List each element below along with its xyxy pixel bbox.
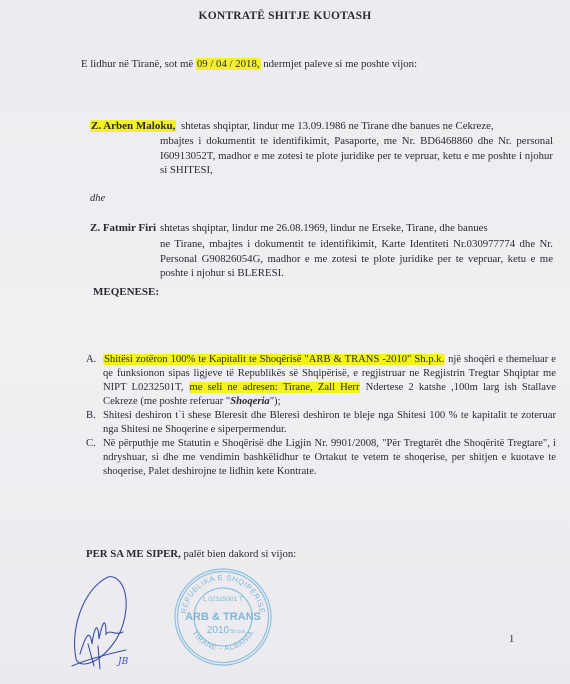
company-alias: Shoqeria <box>230 396 269 407</box>
intro-text-end: ndermjet paleve si me poshte vijon: <box>261 58 418 70</box>
buyer-first-line: shtetas shqiptar, lindur me 26.08.1969, … <box>160 222 553 234</box>
svg-text:L 02325001 T: L 02325001 T <box>203 596 243 603</box>
svg-text:JB: JB <box>116 657 129 667</box>
clause-a-text-3: "); <box>270 396 281 407</box>
seller-name-text: Z. Arben Maloku, <box>90 120 176 132</box>
clause-marker: B. <box>86 409 103 437</box>
company-stamp-icon: REPUBLIKA E SHQIPERISE TIRANE - ALBANIA … <box>172 565 274 669</box>
clause-list: A. Shitësi zotëron 100% te Kapitalit te … <box>86 353 556 479</box>
clause-b: B. Shitesi deshiron t`i shese Bleresit d… <box>86 409 556 437</box>
document-page: KONTRATË SHITJE KUOTASH E lidhur në Tira… <box>0 0 570 684</box>
contract-date: 09 / 04 / 2018, <box>196 58 261 70</box>
svg-text:Sh.p.k.: Sh.p.k. <box>229 629 247 635</box>
clause-c: C. Në përputhje me Statutin e Shoqërisë … <box>86 437 556 479</box>
svg-text:ARB & TRANS: ARB & TRANS <box>185 611 261 623</box>
seller-details: mbajtes i dokumentit te identifikimit, P… <box>160 134 553 178</box>
whereas-heading: MEQENESE: <box>93 285 159 299</box>
closing-bold: PER SA ME SIPER, <box>86 548 181 560</box>
clause-marker: C. <box>86 437 103 479</box>
connector-text: dhe <box>90 192 105 206</box>
clause-text: Shitësi zotëron 100% te Kapitalit te Sho… <box>103 353 556 409</box>
closing-text: palët bien dakord si vijon: <box>181 548 296 560</box>
svg-text:2010: 2010 <box>207 625 230 636</box>
buyer-details: ne Tirane, mbajtes i dokumentit te ident… <box>160 237 553 281</box>
clause-text: Shitesi deshiron t`i shese Bleresit dhe … <box>103 409 556 437</box>
clause-a: A. Shitësi zotëron 100% te Kapitalit te … <box>86 353 556 409</box>
svg-text:REPUBLIKA E SHQIPERISE: REPUBLIKA E SHQIPERISE <box>179 573 267 614</box>
page-number: 1 <box>509 634 514 645</box>
seller-first-line: shtetas shqiptar, lindur me 13.09.1986 n… <box>181 120 551 132</box>
seller-name: Z. Arben Maloku, <box>90 120 176 132</box>
clause-marker: A. <box>86 353 103 409</box>
clause-text: Në përputhje me Statutin e Shoqërisë dhe… <box>103 437 556 479</box>
highlight-address: me seli ne adresen: Tirane, Zall Herr <box>189 382 361 393</box>
closing-line: PER SA ME SIPER, palët bien dakord si vi… <box>86 547 296 561</box>
signature-icon: JB <box>68 574 153 674</box>
document-title: KONTRATË SHITJE KUOTASH <box>0 10 570 22</box>
intro-text: E lidhur në Tiranë, sot më <box>81 58 196 70</box>
buyer-name: Z. Fatmir Firi <box>90 222 156 234</box>
intro-paragraph: E lidhur në Tiranë, sot më 09 / 04 / 201… <box>81 57 417 71</box>
highlight-ownership: Shitësi zotëron 100% te Kapitalit te Sho… <box>103 354 445 365</box>
